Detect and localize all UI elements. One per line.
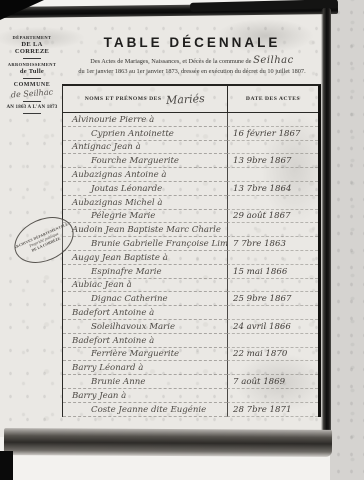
date-cell-empty [227,279,318,293]
entry-groom-line: Barry Léonard à [63,361,318,375]
bride-name-cell: Espinafre Marie [63,265,227,279]
bride-name: Cyprien Antoinette [63,128,174,140]
date-cell-empty [227,196,318,210]
date-cell-empty [227,113,318,127]
departement-name: DE LA CORREZE [4,41,60,55]
document-header: TABLE DÉCENNALE Des Actes de Mariages, N… [64,35,320,75]
bride-name-cell: Joutas Léonarde [63,182,227,196]
act-date: 13 7bre 1864 [228,183,291,195]
groom-name: Augay Jean Baptiste à [63,252,168,264]
groom-name: Alvinourie Pierre à [63,114,154,126]
entry-groom-line: Badefort Antoine à [63,334,318,348]
scanned-register-page: DÉPARTEMENT DE LA CORREZE ARRONDISSEMENT… [0,0,364,480]
groom-name-cell: Barry Jean à [63,389,227,403]
divider [23,58,41,59]
bride-name: Joutas Léonarde [63,183,162,195]
act-date: 24 avril 1866 [228,321,291,333]
date-cell-empty [227,251,318,265]
date-cell: 16 février 1867 [227,127,318,141]
entry-groom-line: Antignac Jean à [63,141,318,155]
bride-name: Espinafre Marie [63,266,162,278]
bride-name: Soleilhavoux Marie [63,321,175,333]
bride-name-cell: Brunie Anne [63,375,227,389]
arrondissement-label: ARRONDISSEMENT [4,62,60,67]
commune-name-handwritten: de Seilhac [4,87,60,100]
groom-name: Badefort Antoine à [63,335,154,347]
entry-bride-line: Brunie Anne7 août 1869 [63,375,318,389]
date-cell-empty [227,389,318,403]
act-date: 15 mai 1866 [228,266,287,278]
entry-groom-line: Barry Jean à [63,389,318,403]
date-cell: 25 9bre 1867 [227,292,318,306]
book-page-edges [330,0,364,480]
entry-groom-line: Aubazignas Antoine à [63,168,318,182]
bride-name: Coste Jeanne dite Eugénie [63,404,206,416]
date-cell: 7 août 1869 [227,375,318,389]
entry-bride-line: Espinafre Marie15 mai 1866 [63,265,318,279]
act-date: 7 août 1869 [228,376,285,388]
groom-name-cell: Augay Jean Baptiste à [63,251,227,265]
date-cell: 22 mai 1870 [227,348,318,362]
date-cell: 24 avril 1866 [227,320,318,334]
groom-name-cell: Antignac Jean à [63,141,227,155]
act-date: 7 7bre 1863 [228,238,286,250]
date-cell: 7 7bre 1863 [227,237,318,251]
dates-header-label: DATE DES ACTES [246,96,300,102]
names-header-handwritten: Mariés [166,91,205,106]
groom-name: Aubiac Jean à [63,279,132,291]
groom-name-cell: Aubazignas Antoine à [63,168,227,182]
entry-groom-line: Badefort Antoine à [63,306,318,320]
act-date: 25 9bre 1867 [228,293,291,305]
year-range: AN 1863 A L'AN 1873 [4,105,60,110]
entry-groom-line: Aubazignas Michel à [63,196,318,210]
bride-name-cell: Coste Jeanne dite Eugénie [63,403,227,417]
book-right-edge [321,8,331,442]
divider [23,101,41,102]
groom-name-cell: Alvinourie Pierre à [63,113,227,127]
entry-bride-line: Coste Jeanne dite Eugénie28 7bre 1871 [63,403,318,417]
groom-name: Antignac Jean à [63,141,141,153]
bride-name-cell: Ferrière Marguerite [63,348,227,362]
entry-groom-line: Audoin Jean Baptiste Marc Charle [63,223,318,237]
margin-admin-block: DÉPARTEMENT DE LA CORREZE ARRONDISSEMENT… [4,35,60,117]
departement-label: DÉPARTEMENT [4,35,60,40]
divider [23,78,41,79]
bride-name: Dignac Catherine [63,293,168,305]
entry-bride-line: Ferrière Marguerite22 mai 1870 [63,348,318,362]
book-bottom-edge [4,428,332,457]
entry-bride-line: Brunie Gabrielle Françoise Limanie7 7bre… [63,237,318,251]
groom-name-cell: Aubazignas Michel à [63,196,227,210]
commune-name-handwritten: Seilhac [253,55,294,66]
table-body: Alvinourie Pierre àCyprien Antoinette16 … [63,113,318,417]
bride-name-cell: Soleilhavoux Marie [63,320,227,334]
date-cell: 13 9bre 1867 [227,154,318,168]
bride-name-cell: Fourche Marguerite [63,154,227,168]
groom-name-cell: Badefort Antoine à [63,306,227,320]
entry-groom-line: Aubiac Jean à [63,279,318,293]
bride-name: Pélegrie Marie [63,210,155,222]
date-cell-empty [227,361,318,375]
date-cell-empty [227,223,318,237]
date-cell-empty [227,168,318,182]
act-date: 29 août 1867 [228,210,291,222]
table-header-row: NOMS ET PRÉNOMS DES Mariés DATE DES ACTE… [63,86,318,113]
groom-name: Audoin Jean Baptiste Marc Charle [63,224,221,236]
paper-page: DÉPARTEMENT DE LA CORREZE ARRONDISSEMENT… [0,13,331,437]
groom-name-cell: Barry Léonard à [63,361,227,375]
groom-name: Barry Jean à [63,390,126,402]
date-cell-empty [227,141,318,155]
names-column-header: NOMS ET PRÉNOMS DES Mariés [63,93,227,106]
groom-name: Aubazignas Antoine à [63,169,167,181]
arrondissement-name: de Tulle [4,68,60,75]
records-table: NOMS ET PRÉNOMS DES Mariés DATE DES ACTE… [62,84,321,417]
date-cell: 28 7bre 1871 [227,403,318,417]
groom-name: Badefort Antoine à [63,307,154,319]
subtitle-line1: Des Actes de Mariages, Naissances, et Dé… [64,55,320,66]
date-cell-empty [227,334,318,348]
date-cell: 13 7bre 1864 [227,182,318,196]
act-date: 13 9bre 1867 [228,155,291,167]
entry-bride-line: Cyprien Antoinette16 février 1867 [63,127,318,141]
entry-bride-line: Fourche Marguerite13 9bre 1867 [63,154,318,168]
groom-name: Aubazignas Michel à [63,197,163,209]
bride-name: Ferrière Marguerite [63,348,179,360]
date-cell-empty [227,306,318,320]
bride-name-cell: Cyprien Antoinette [63,127,227,141]
act-date: 16 février 1867 [228,128,300,140]
act-date: 28 7bre 1871 [228,404,291,416]
entry-groom-line: Augay Jean Baptiste à [63,251,318,265]
entry-bride-line: Pélegrie Marie29 août 1867 [63,210,318,224]
subtitle-line2: du 1er janvier 1863 au 1er janvier 1873,… [64,68,320,75]
bride-name-cell: Brunie Gabrielle Françoise Limanie [63,237,227,251]
groom-name-cell: Audoin Jean Baptiste Marc Charle [63,223,227,237]
date-cell: 29 août 1867 [227,210,318,224]
groom-name-cell: Aubiac Jean à [63,279,227,293]
entry-bride-line: Joutas Léonarde13 7bre 1864 [63,182,318,196]
divider [23,113,41,114]
bride-name: Brunie Gabrielle Françoise Limanie [63,238,227,250]
date-cell: 15 mai 1866 [227,265,318,279]
groom-name-cell: Badefort Antoine à [63,334,227,348]
entry-groom-line: Alvinourie Pierre à [63,113,318,127]
entry-bride-line: Dignac Catherine25 9bre 1867 [63,292,318,306]
dates-column-header: DATE DES ACTES [227,86,318,112]
bride-name-cell: Pélegrie Marie [63,210,227,224]
subtitle-printed: Des Actes de Mariages, Naissances, et Dé… [90,58,251,65]
act-date: 22 mai 1870 [228,348,287,360]
bride-name: Fourche Marguerite [63,155,179,167]
page-title: TABLE DÉCENNALE [64,35,320,50]
bride-name: Brunie Anne [63,376,145,388]
names-header-printed: NOMS ET PRÉNOMS DES [85,96,162,102]
entry-bride-line: Soleilhavoux Marie24 avril 1866 [63,320,318,334]
groom-name: Barry Léonard à [63,362,143,374]
scanner-bottom-left-shadow [0,451,13,480]
bride-name-cell: Dignac Catherine [63,292,227,306]
